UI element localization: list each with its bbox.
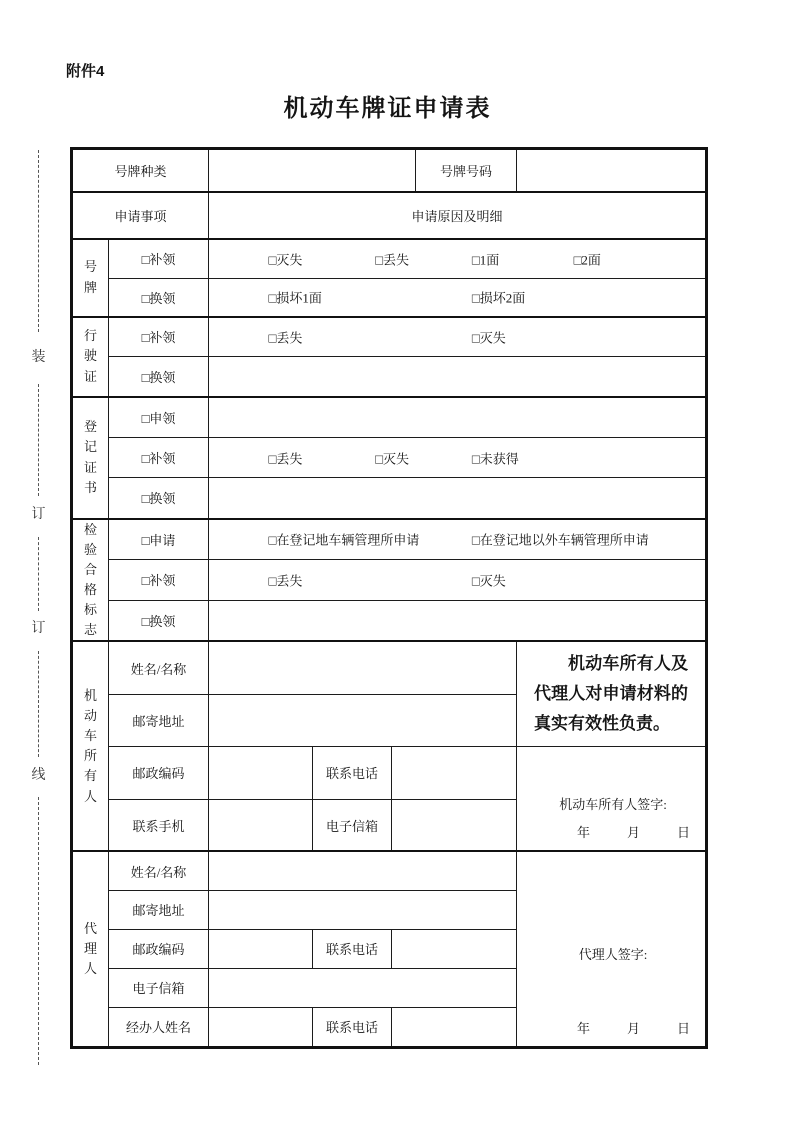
agent-name-label: 姓名/名称 bbox=[109, 851, 209, 890]
plate-renew-opt-damaged1[interactable]: □损坏1面 bbox=[269, 288, 322, 307]
inspection-replace-checkbox[interactable]: □补领 bbox=[109, 559, 209, 600]
registration-apply-checkbox[interactable]: □申领 bbox=[109, 397, 209, 438]
owner-address-label: 邮寄地址 bbox=[109, 694, 209, 746]
application-reason-label: 申请原因及明细 bbox=[209, 192, 707, 239]
inspection-replace-options: □丢失 □灭失 bbox=[209, 559, 707, 600]
license-replace-opt-lost[interactable]: □丢失 bbox=[269, 327, 303, 346]
owner-statement-cell: 机动车所有人及代理人对申请材料的真实有效性负责。 bbox=[517, 641, 707, 746]
registration-replace-checkbox[interactable]: □补领 bbox=[109, 438, 209, 478]
owner-address-input[interactable] bbox=[209, 694, 517, 746]
agent-signature-cell[interactable]: 代理人签字: 年 月 日 bbox=[517, 851, 707, 1047]
owner-date-year: 年 bbox=[577, 822, 590, 841]
binding-dash bbox=[38, 651, 39, 757]
inspection-renew-checkbox[interactable]: □换领 bbox=[109, 600, 209, 641]
owner-phone-label: 联系电话 bbox=[313, 746, 392, 799]
registration-replace-opt-not-obtained[interactable]: □未获得 bbox=[472, 448, 519, 467]
section-agent-label: 代理人 bbox=[72, 851, 109, 1047]
license-renew-checkbox[interactable]: □换领 bbox=[109, 357, 209, 397]
registration-renew-checkbox[interactable]: □换领 bbox=[109, 478, 209, 519]
agent-email-label: 电子信箱 bbox=[109, 968, 209, 1007]
license-replace-options: □丢失 □灭失 bbox=[209, 317, 707, 357]
owner-name-label: 姓名/名称 bbox=[109, 641, 209, 694]
agent-email-input[interactable] bbox=[209, 968, 517, 1007]
owner-postcode-input[interactable] bbox=[209, 746, 313, 799]
plate-replace-checkbox[interactable]: □补领 bbox=[109, 239, 209, 279]
section-owner-label: 机动车所有人 bbox=[72, 641, 109, 851]
agent-date-day: 日 bbox=[677, 1018, 690, 1037]
section-registration-label: 登记证书 bbox=[72, 397, 109, 519]
inspection-renew-reason-cell[interactable] bbox=[209, 600, 707, 641]
agent-handler-label: 经办人姓名 bbox=[109, 1007, 209, 1047]
binding-char-ding2: 订 bbox=[30, 617, 47, 637]
owner-date-month: 月 bbox=[627, 822, 640, 841]
agent-phone-input[interactable] bbox=[392, 929, 517, 968]
license-replace-checkbox[interactable]: □补领 bbox=[109, 317, 209, 357]
registration-renew-reason-cell[interactable] bbox=[209, 478, 707, 519]
attachment-label: 附件4 bbox=[66, 60, 104, 81]
owner-mobile-label: 联系手机 bbox=[109, 799, 209, 851]
plate-type-input[interactable] bbox=[209, 149, 416, 192]
inspection-apply-checkbox[interactable]: □申请 bbox=[109, 519, 209, 560]
binding-dash bbox=[38, 384, 39, 496]
plate-replace-opt-2side[interactable]: □2面 bbox=[574, 249, 601, 268]
owner-signature-label: 机动车所有人签字: bbox=[517, 785, 705, 813]
agent-handler-phone-label: 联系电话 bbox=[313, 1007, 392, 1047]
agent-date-month: 月 bbox=[627, 1018, 640, 1037]
plate-renew-opt-damaged2[interactable]: □损坏2面 bbox=[472, 288, 525, 307]
binding-char-xian: 线 bbox=[30, 764, 47, 784]
inspection-replace-opt-destroyed[interactable]: □灭失 bbox=[472, 570, 506, 589]
plate-renew-checkbox[interactable]: □换领 bbox=[109, 279, 209, 317]
agent-signature-label: 代理人签字: bbox=[517, 935, 705, 963]
owner-phone-input[interactable] bbox=[392, 746, 517, 799]
registration-replace-opt-lost[interactable]: □丢失 bbox=[269, 448, 303, 467]
plate-number-label: 号牌号码 bbox=[416, 149, 517, 192]
agent-date-year: 年 bbox=[577, 1018, 590, 1037]
plate-replace-opt-1side[interactable]: □1面 bbox=[472, 249, 499, 268]
license-renew-reason-cell[interactable] bbox=[209, 357, 707, 397]
plate-number-input[interactable] bbox=[517, 149, 707, 192]
binding-char-ding1: 订 bbox=[30, 503, 47, 523]
plate-replace-options: □灭失 □丢失 □1面 □2面 bbox=[209, 239, 707, 279]
binding-char-zhuang: 装 bbox=[30, 346, 47, 366]
inspection-apply-opt-outside-registration[interactable]: □在登记地以外车辆管理所申请 bbox=[472, 530, 649, 549]
owner-name-input[interactable] bbox=[209, 641, 517, 694]
binding-dash bbox=[38, 150, 39, 332]
agent-address-input[interactable] bbox=[209, 890, 517, 929]
plate-type-label: 号牌种类 bbox=[72, 149, 209, 192]
plate-replace-opt-lost[interactable]: □丢失 bbox=[375, 249, 409, 268]
owner-date-day: 日 bbox=[677, 822, 690, 841]
registration-replace-options: □丢失 □灭失 □未获得 bbox=[209, 438, 707, 478]
application-item-label: 申请事项 bbox=[72, 192, 209, 239]
inspection-apply-options: □在登记地车辆管理所申请 □在登记地以外车辆管理所申请 bbox=[209, 519, 707, 560]
application-form-table: 号牌种类 号牌号码 申请事项 申请原因及明细 号牌 □补领 □灭失 □丢失 □1… bbox=[70, 147, 708, 1049]
owner-postcode-label: 邮政编码 bbox=[109, 746, 209, 799]
binding-dash bbox=[38, 797, 39, 1065]
agent-handler-phone-input[interactable] bbox=[392, 1007, 517, 1047]
owner-mobile-input[interactable] bbox=[209, 799, 313, 851]
plate-replace-opt-destroyed[interactable]: □灭失 bbox=[269, 249, 303, 268]
license-replace-opt-destroyed[interactable]: □灭失 bbox=[472, 327, 506, 346]
registration-replace-opt-destroyed[interactable]: □灭失 bbox=[375, 448, 409, 467]
page-title: 机动车牌证申请表 bbox=[70, 88, 705, 123]
inspection-replace-opt-lost[interactable]: □丢失 bbox=[269, 570, 303, 589]
registration-apply-reason-cell[interactable] bbox=[209, 397, 707, 438]
agent-address-label: 邮寄地址 bbox=[109, 890, 209, 929]
agent-handler-input[interactable] bbox=[209, 1007, 313, 1047]
owner-signature-cell[interactable]: 机动车所有人签字: 年 月 日 bbox=[517, 746, 707, 851]
section-plate-label: 号牌 bbox=[72, 239, 109, 317]
agent-postcode-input[interactable] bbox=[209, 929, 313, 968]
owner-signature-date: 年 月 日 bbox=[577, 822, 690, 841]
plate-renew-options: □损坏1面 □损坏2面 bbox=[209, 279, 707, 317]
owner-email-label: 电子信箱 bbox=[313, 799, 392, 851]
responsibility-statement: 机动车所有人及代理人对申请材料的真实有效性负责。 bbox=[517, 649, 705, 739]
inspection-apply-opt-at-registration[interactable]: □在登记地车辆管理所申请 bbox=[269, 530, 420, 549]
agent-phone-label: 联系电话 bbox=[313, 929, 392, 968]
agent-signature-date: 年 月 日 bbox=[577, 1018, 690, 1037]
agent-postcode-label: 邮政编码 bbox=[109, 929, 209, 968]
agent-name-input[interactable] bbox=[209, 851, 517, 890]
section-inspection-label: 检验合格标志 bbox=[72, 519, 109, 642]
owner-email-input[interactable] bbox=[392, 799, 517, 851]
binding-dash bbox=[38, 537, 39, 611]
section-driving-license-label: 行驶证 bbox=[72, 317, 109, 397]
